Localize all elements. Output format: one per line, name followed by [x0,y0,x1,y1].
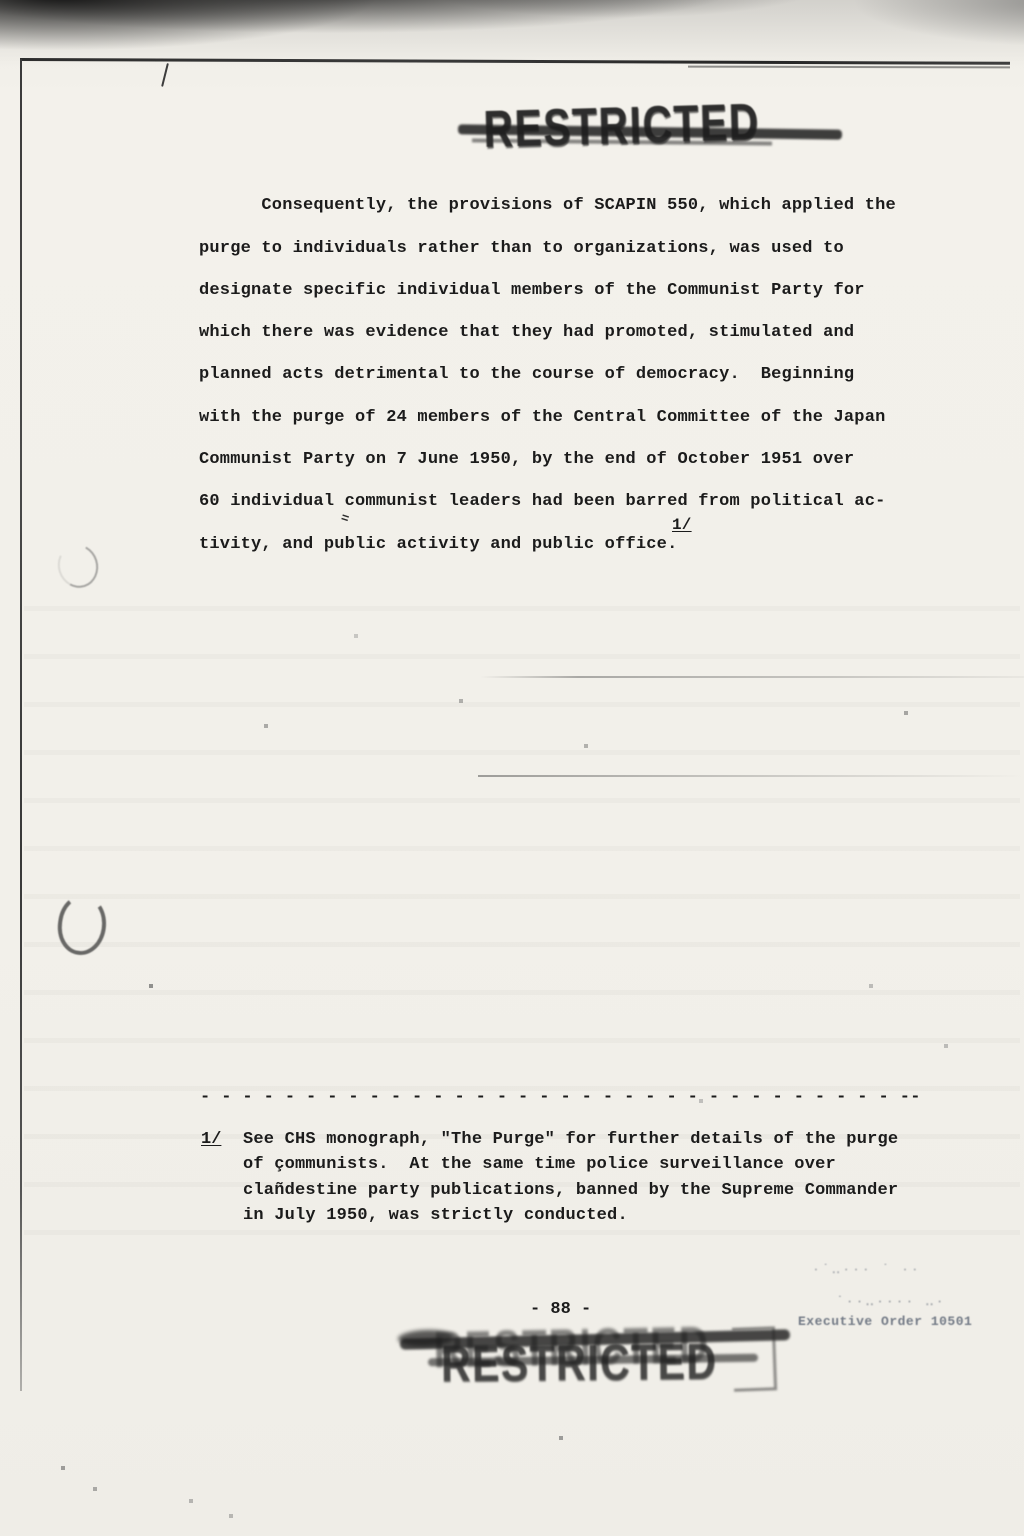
footnote-line: clañdestine party publications, banned b… [243,1181,898,1200]
page-border-left [20,59,22,1391]
declassification-illegible-line: ˙··‥···· ‥· [836,1294,946,1309]
photocopy-streak-line [478,775,1024,777]
footnote-line: See CHS monograph, "The Purge" for furth… [243,1130,898,1149]
paragraph-line: Communist Party on 7 June 1950, by the e… [199,450,854,469]
declassification-stamp: ·˙‥··· ˙ ·· ˙··‥···· ‥· Executive Order … [798,1262,998,1337]
paragraph-line: 60 individual communist leaders had been… [199,492,886,511]
punch-hole-mark [52,539,104,593]
paragraph-line: purge to individuals rather than to orga… [199,239,844,258]
paragraph-line: which there was evidence that they had p… [199,323,854,342]
footnote-line: in July 1950, was strictly conducted. [243,1206,628,1225]
paragraph-line: planned acts detrimental to the course o… [199,365,854,384]
photocopy-smudge [0,0,1024,84]
stamp-frame-fragment [732,1326,777,1391]
footnote-marker: 1/ [201,1130,221,1149]
paragraph-line: Consequently, the provisions of SCAPIN 5… [199,196,896,215]
declassification-executive-order-line: Executive Order 10501 [798,1314,972,1329]
footnote-separator-dashes: - - - - - - - - - - - - - - - - - - - - … [200,1088,921,1107]
punch-hole-mark [54,892,110,958]
document-page: RESTRICTED Consequently, the provisions … [0,0,1024,1536]
body-paragraph: Consequently, the provisions of SCAPIN 5… [199,196,929,576]
footnote-text: See CHS monograph, "The Purge" for furth… [243,1130,933,1244]
declassification-illegible-line: ·˙‥··· ˙ ·· [812,1262,921,1277]
photocopy-streak-line [480,676,1024,678]
paragraph-line: designate specific individual members of… [199,281,865,300]
paper-speckles [0,0,2,2]
paragraph-line: tivity, and public activity and public o… [199,535,677,554]
footnote-reference-superscript: 1/ [672,516,692,534]
paragraph-line: with the purge of 24 members of the Cent… [199,408,886,427]
footnote-line: of çommunists. At the same time police s… [243,1155,836,1174]
